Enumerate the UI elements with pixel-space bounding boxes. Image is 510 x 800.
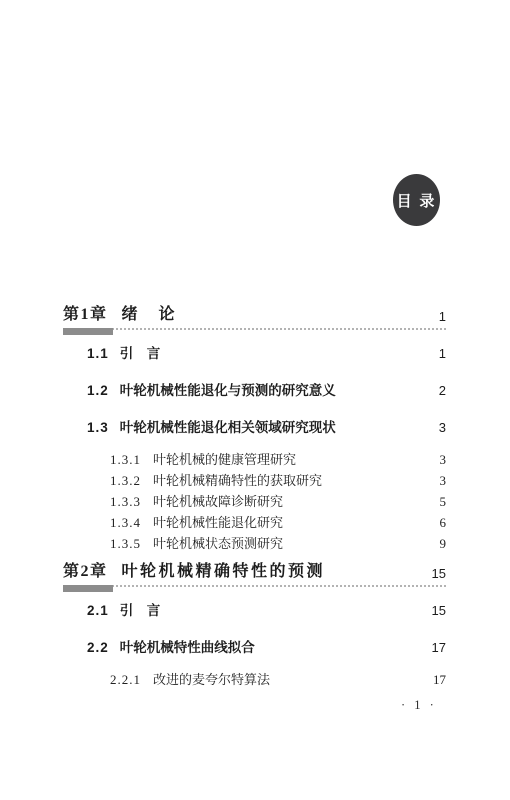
toc-entry: 1.2叶轮机械性能退化与预测的研究意义2 — [63, 383, 446, 399]
toc-badge-label: 目 录 — [397, 190, 437, 211]
toc-entry: 2.2.1改进的麦夸尔特算法17 — [63, 672, 446, 688]
toc-badge: 目 录 — [393, 174, 440, 226]
toc-entry-number: 1.1 — [87, 346, 109, 362]
toc-page: 目 录 第1章绪 论11.1引 言11.2叶轮机械性能退化与预测的研究意义21.… — [0, 0, 510, 800]
toc-entry-number: 第2章 — [63, 562, 108, 582]
toc-entry-page: 9 — [440, 536, 447, 552]
toc-entry-page: 5 — [440, 494, 447, 510]
toc-entry-page: 3 — [439, 420, 446, 436]
toc-entry-number: 1.3.3 — [110, 494, 141, 510]
toc-entry-number: 1.3 — [87, 420, 109, 436]
toc-entry-title: 叶轮机械性能退化研究 — [153, 515, 283, 531]
toc-entry-number: 第1章 — [63, 305, 108, 325]
toc-entry: 1.3.4叶轮机械性能退化研究6 — [63, 515, 446, 531]
toc-entry-number: 1.2 — [87, 383, 109, 399]
toc-entry-page: 3 — [440, 452, 447, 468]
toc-entry-page: 15 — [432, 603, 446, 619]
toc-entry-page: 17 — [433, 672, 446, 688]
toc-chapter-entry: 第2章叶轮机械精确特性的预测15 — [63, 562, 446, 587]
toc-entry-title: 叶轮机械特性曲线拟合 — [120, 640, 255, 656]
toc-list: 第1章绪 论11.1引 言11.2叶轮机械性能退化与预测的研究意义21.3叶轮机… — [63, 305, 446, 688]
toc-entry: 1.3叶轮机械性能退化相关领域研究现状3 — [63, 420, 446, 436]
toc-entry: 2.1引 言15 — [63, 603, 446, 619]
toc-entry-title: 叶轮机械性能退化与预测的研究意义 — [120, 383, 336, 399]
toc-entry: 1.3.1叶轮机械的健康管理研究3 — [63, 452, 446, 468]
toc-entry: 1.1引 言1 — [63, 346, 446, 362]
toc-entry: 1.3.3叶轮机械故障诊断研究5 — [63, 494, 446, 510]
toc-entry-page: 17 — [432, 640, 446, 656]
toc-entry-number: 2.2 — [87, 640, 109, 656]
toc-entry-number: 2.1 — [87, 603, 109, 619]
toc-entry-number: 1.3.5 — [110, 536, 141, 552]
toc-entry-page: 15 — [432, 566, 446, 582]
toc-chapter-entry: 第1章绪 论1 — [63, 305, 446, 330]
toc-entry-title: 引 言 — [120, 346, 161, 362]
toc-entry-page: 1 — [439, 346, 446, 362]
toc-entry-number: 2.2.1 — [110, 672, 141, 688]
toc-entry-number: 1.3.4 — [110, 515, 141, 531]
toc-entry-page: 1 — [439, 309, 446, 325]
toc-entry-title: 叶轮机械精确特性的预测 — [122, 562, 326, 582]
chapter-underline-bar — [63, 585, 113, 592]
toc-entry-title: 叶轮机械状态预测研究 — [153, 536, 283, 552]
toc-entry-number: 1.3.1 — [110, 452, 141, 468]
toc-entry: 2.2叶轮机械特性曲线拟合17 — [63, 640, 446, 656]
chapter-underline-bar — [63, 328, 113, 335]
toc-entry-title: 叶轮机械精确特性的获取研究 — [153, 473, 322, 489]
toc-entry-title: 叶轮机械的健康管理研究 — [153, 452, 296, 468]
toc-entry-title: 叶轮机械性能退化相关领域研究现状 — [120, 420, 336, 436]
toc-entry-title: 改进的麦夸尔特算法 — [153, 672, 270, 688]
toc-entry-title: 叶轮机械故障诊断研究 — [153, 494, 283, 510]
toc-entry: 1.3.5叶轮机械状态预测研究9 — [63, 536, 446, 552]
toc-entry-number: 1.3.2 — [110, 473, 141, 489]
toc-entry: 1.3.2叶轮机械精确特性的获取研究3 — [63, 473, 446, 489]
toc-entry-title: 绪 论 — [122, 305, 178, 325]
toc-entry-page: 3 — [440, 473, 447, 489]
toc-entry-page: 2 — [439, 383, 446, 399]
page-number-footer: · 1 · — [401, 698, 437, 713]
toc-entry-title: 引 言 — [120, 603, 161, 619]
toc-entry-page: 6 — [440, 515, 447, 531]
